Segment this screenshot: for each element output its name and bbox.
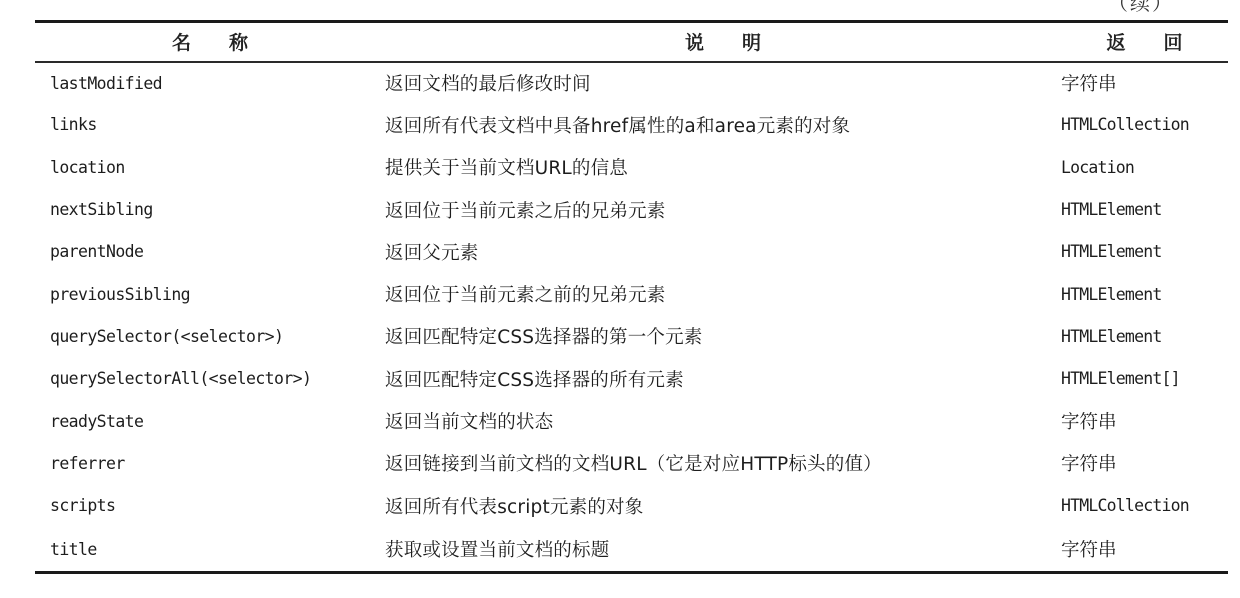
property-name: links xyxy=(35,104,385,146)
header-description-label: 说 明 xyxy=(685,32,761,54)
property-description: 返回所有代表文档中具备href属性的a和area元素的对象 xyxy=(385,104,1061,146)
property-description: 返回当前文档的状态 xyxy=(385,400,1061,442)
property-description: 返回匹配特定CSS选择器的第一个元素 xyxy=(385,315,1061,357)
table-row: nextSibling 返回位于当前元素之后的兄弟元素 HTMLElement xyxy=(35,188,1228,230)
property-name: scripts xyxy=(35,484,385,526)
property-description: 返回父元素 xyxy=(385,231,1061,273)
property-description: 返回文档的最后修改时间 xyxy=(385,62,1061,104)
header-returns: 返 回 xyxy=(1061,22,1228,62)
table-row: location 提供关于当前文档URL的信息 Location xyxy=(35,146,1228,188)
property-name: nextSibling xyxy=(35,188,385,230)
property-name: previousSibling xyxy=(35,273,385,315)
property-name: parentNode xyxy=(35,231,385,273)
property-return-type: HTMLElement[] xyxy=(1061,358,1228,400)
property-description: 提供关于当前文档URL的信息 xyxy=(385,146,1061,188)
property-return-type: 字符串 xyxy=(1061,400,1228,442)
property-name: lastModified xyxy=(35,62,385,104)
table-row: parentNode 返回父元素 HTMLElement xyxy=(35,231,1228,273)
property-return-type: HTMLElement xyxy=(1061,188,1228,230)
property-return-type: HTMLElement xyxy=(1061,231,1228,273)
property-return-type: Location xyxy=(1061,146,1228,188)
table-body: lastModified 返回文档的最后修改时间 字符串 links 返回所有代… xyxy=(35,62,1228,573)
table-row: querySelectorAll(<selector>) 返回匹配特定CSS选择… xyxy=(35,358,1228,400)
property-description: 返回所有代表script元素的对象 xyxy=(385,484,1061,526)
property-description: 返回链接到当前文档的文档URL（它是对应HTTP标头的值） xyxy=(385,442,1061,484)
property-return-type: HTMLElement xyxy=(1061,315,1228,357)
property-name: title xyxy=(35,527,385,573)
table-row: previousSibling 返回位于当前元素之前的兄弟元素 HTMLElem… xyxy=(35,273,1228,315)
table-row: referrer 返回链接到当前文档的文档URL（它是对应HTTP标头的值） 字… xyxy=(35,442,1228,484)
property-name: querySelector(<selector>) xyxy=(35,315,385,357)
header-description: 说 明 xyxy=(385,22,1061,62)
property-return-type: HTMLCollection xyxy=(1061,104,1228,146)
header-name: 名 称 xyxy=(35,22,385,62)
property-description: 返回位于当前元素之后的兄弟元素 xyxy=(385,188,1061,230)
continuation-label: （续） xyxy=(1108,0,1174,16)
property-name: querySelectorAll(<selector>) xyxy=(35,358,385,400)
document-properties-table: 名 称 说 明 返 回 lastModified 返回文档的最后修改时间 字符串… xyxy=(35,20,1228,574)
table-row: scripts 返回所有代表script元素的对象 HTMLCollection xyxy=(35,484,1228,526)
property-return-type: HTMLCollection xyxy=(1061,484,1228,526)
property-description: 获取或设置当前文档的标题 xyxy=(385,527,1061,573)
property-return-type: 字符串 xyxy=(1061,62,1228,104)
property-name: location xyxy=(35,146,385,188)
property-name: readyState xyxy=(35,400,385,442)
property-description: 返回位于当前元素之前的兄弟元素 xyxy=(385,273,1061,315)
header-name-label: 名 称 xyxy=(172,32,248,54)
property-return-type: 字符串 xyxy=(1061,527,1228,573)
table-row: title 获取或设置当前文档的标题 字符串 xyxy=(35,527,1228,573)
property-description: 返回匹配特定CSS选择器的所有元素 xyxy=(385,358,1061,400)
table-header-row: 名 称 说 明 返 回 xyxy=(35,22,1228,62)
property-return-type: 字符串 xyxy=(1061,442,1228,484)
header-returns-label: 返 回 xyxy=(1106,32,1182,54)
table-row: querySelector(<selector>) 返回匹配特定CSS选择器的第… xyxy=(35,315,1228,357)
table-row: lastModified 返回文档的最后修改时间 字符串 xyxy=(35,62,1228,104)
table-row: links 返回所有代表文档中具备href属性的a和area元素的对象 HTML… xyxy=(35,104,1228,146)
table-row: readyState 返回当前文档的状态 字符串 xyxy=(35,400,1228,442)
property-return-type: HTMLElement xyxy=(1061,273,1228,315)
property-name: referrer xyxy=(35,442,385,484)
